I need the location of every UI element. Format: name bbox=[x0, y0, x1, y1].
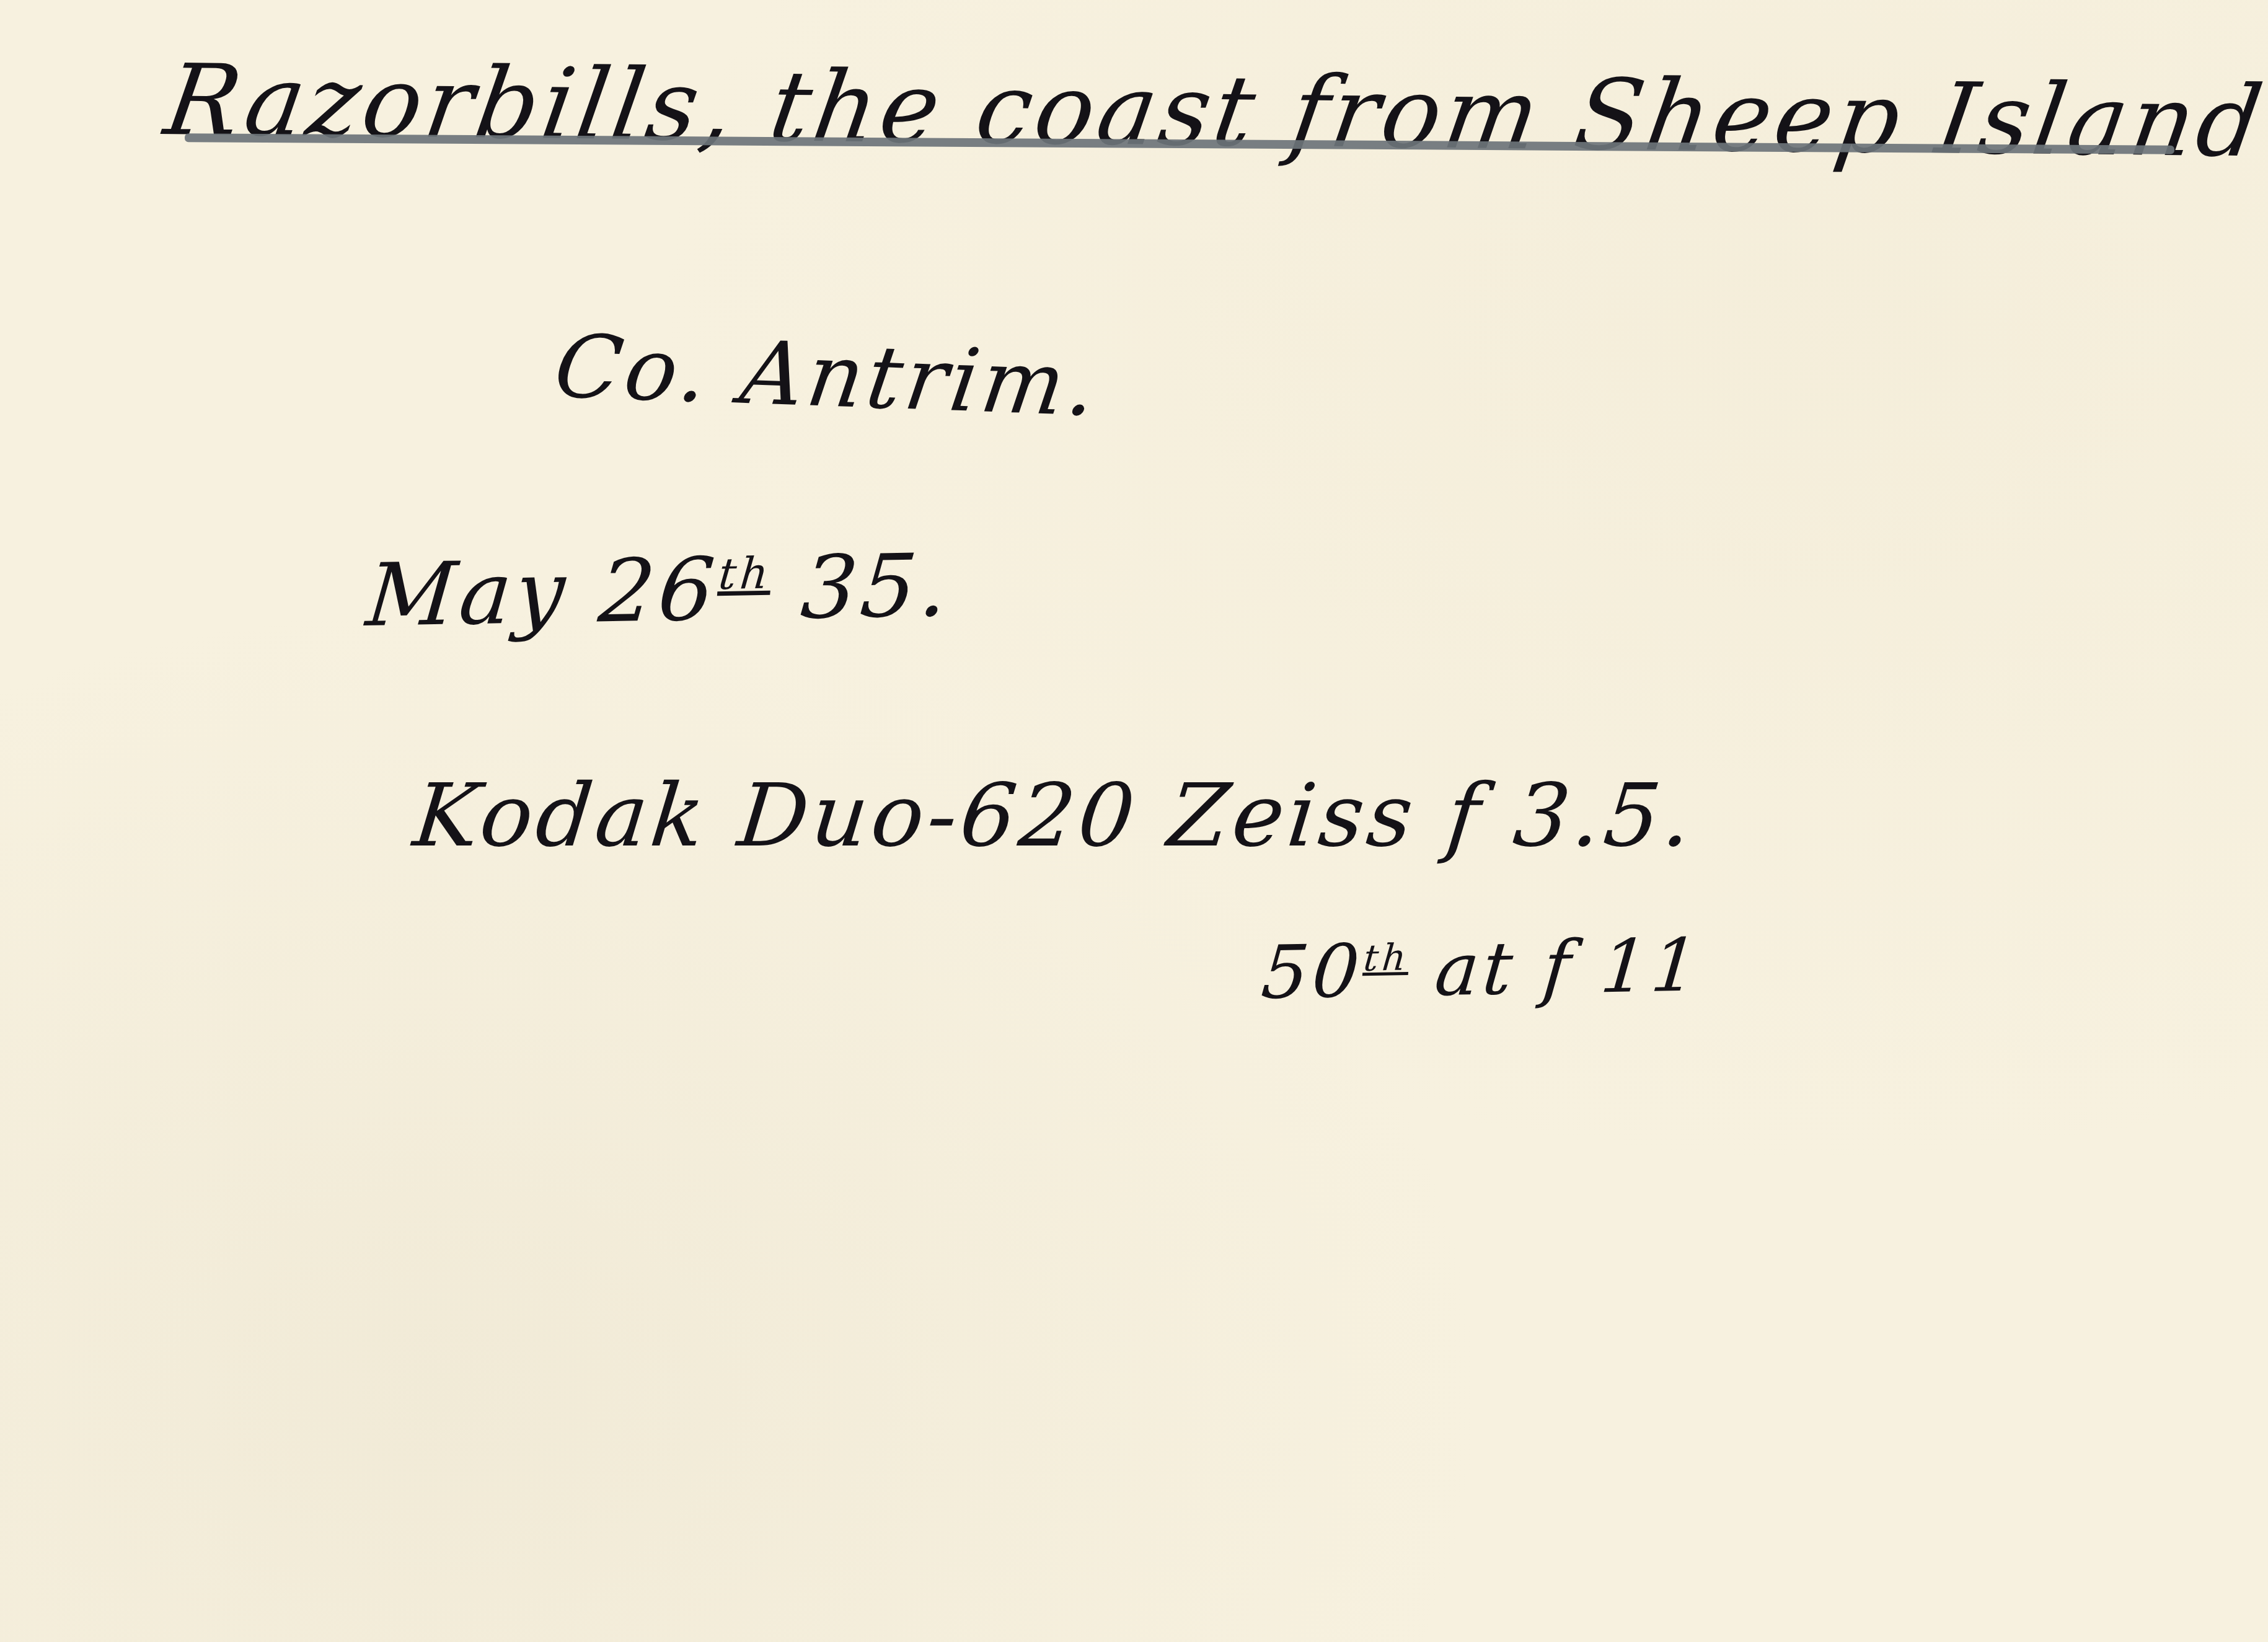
exposure-line: 50th at f 11 bbox=[1258, 922, 1705, 1015]
date-month-day: May 26 bbox=[363, 539, 722, 647]
exposure-aperture: at f 11 bbox=[1432, 922, 1705, 1012]
date-ordinal: th bbox=[717, 548, 774, 599]
date-year: 35. bbox=[797, 536, 955, 639]
caption-card: Razorbills, the coast from Sheep Island.… bbox=[0, 0, 2268, 1642]
location-text: Co. Antrim. bbox=[549, 316, 1106, 436]
camera-line: Kodak Duo-620 Zeiss f 3.5. bbox=[409, 766, 1700, 867]
date-line: May 26th 35. bbox=[363, 536, 956, 647]
camera-text: Kodak Duo-620 Zeiss f 3.5. bbox=[409, 766, 1700, 867]
title-text: Razorbills, the coast from Sheep Island. bbox=[158, 43, 2268, 180]
exposure-ordinal: th bbox=[1362, 936, 1411, 979]
caption-title: Razorbills, the coast from Sheep Island. bbox=[158, 43, 2268, 180]
exposure-speed: 50 bbox=[1258, 928, 1367, 1015]
location-line: Co. Antrim. bbox=[549, 316, 1106, 436]
